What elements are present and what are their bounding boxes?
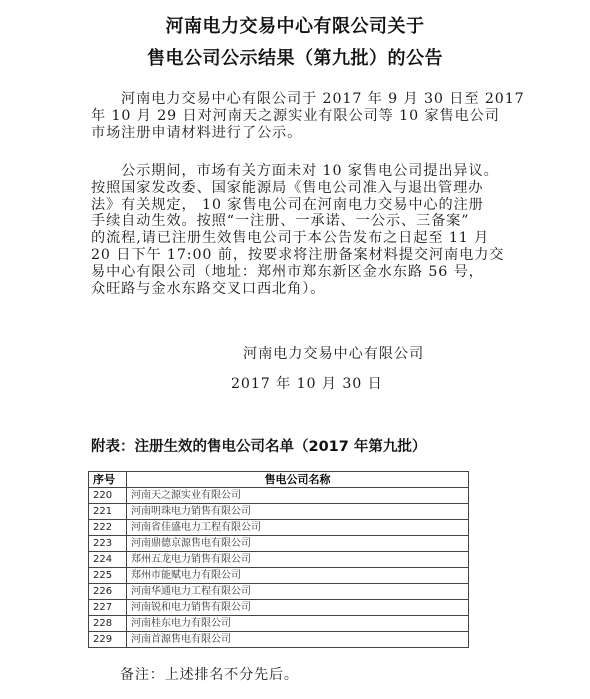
document-title-line-1: 河南电力交易中心有限公司关于 (0, 12, 590, 38)
table-row: 224 郑州五龙电力销售有限公司 (89, 552, 469, 568)
row-number: 226 (89, 584, 127, 600)
row-company-name: 河南省佳盛电力工程有限公司 (127, 520, 469, 536)
column-header-number: 序号 (89, 472, 127, 488)
table-row: 228 河南桂东电力有限公司 (89, 616, 469, 632)
row-company-name: 河南明珠电力销售有限公司 (127, 504, 469, 520)
row-company-name: 河南桂东电力有限公司 (127, 616, 469, 632)
row-number: 223 (89, 536, 127, 552)
row-number: 227 (89, 600, 127, 616)
row-number: 222 (89, 520, 127, 536)
table-row: 225 郑州市能赋电力有限公司 (89, 568, 469, 584)
row-company-name: 河南鼎德京源售电有限公司 (127, 536, 469, 552)
table-row: 222 河南省佳盛电力工程有限公司 (89, 520, 469, 536)
row-number: 228 (89, 616, 127, 632)
paragraph-publicity-period: 河南电力交易中心有限公司于 2017 年 9 月 30 日至 2017 年 10… (91, 91, 503, 141)
table-row: 226 河南华通电力工程有限公司 (89, 584, 469, 600)
row-number: 224 (89, 552, 127, 568)
table-row: 227 河南锐和电力销售有限公司 (89, 600, 469, 616)
paragraph-line: 的流程,请已注册生效售电公司于本公告发布之日起至 11 月 (91, 230, 503, 247)
paragraph-line: 年 10 月 29 日对河南天之源实业有限公司等 10 家售电公司 (91, 108, 503, 125)
table-header-row: 序号 售电公司名称 (89, 472, 469, 488)
paragraph-line: 公示期间，市场有关方面未对 10 家售电公司提出异议。 (91, 163, 503, 180)
paragraph-registration-effective: 公示期间，市场有关方面未对 10 家售电公司提出异议。 按照国家发改委、国家能源… (91, 163, 503, 297)
appendix-title: 附表：注册生效的售电公司名单（2017 年第九批） (91, 435, 426, 456)
row-company-name: 河南锐和电力销售有限公司 (127, 600, 469, 616)
paragraph-line: 易中心有限公司（地址：郑州市郑东新区金水东路 56 号， (91, 264, 503, 281)
paragraph-line: 法》有关规定， 10 家售电公司在河南电力交易中心的注册 (91, 197, 503, 214)
row-company-name: 河南首源售电有限公司 (127, 632, 469, 648)
row-number: 221 (89, 504, 127, 520)
appendix-note: 备注：上述排名不分先后。 (120, 664, 299, 684)
table-row: 229 河南首源售电有限公司 (89, 632, 469, 648)
table-row: 223 河南鼎德京源售电有限公司 (89, 536, 469, 552)
column-header-company-name: 售电公司名称 (127, 472, 469, 488)
row-company-name: 河南天之源实业有限公司 (127, 488, 469, 504)
table-row: 220 河南天之源实业有限公司 (89, 488, 469, 504)
paragraph-line: 手续自动生效。按照“一注册、一承诺、一公示、三备案” (91, 213, 503, 230)
row-number: 229 (89, 632, 127, 648)
paragraph-line: 按照国家发改委、国家能源局《售电公司准入与退出管理办 (91, 180, 503, 197)
company-list-table: 序号 售电公司名称 220 河南天之源实业有限公司 221 河南明珠电力销售有限… (88, 471, 469, 648)
signature-organization: 河南电力交易中心有限公司 (243, 343, 424, 363)
paragraph-line: 市场注册申请材料进行了公示。 (91, 125, 503, 142)
signature-date: 2017 年 10 月 30 日 (231, 373, 383, 393)
row-number: 225 (89, 568, 127, 584)
row-company-name: 郑州五龙电力销售有限公司 (127, 552, 469, 568)
table-row: 221 河南明珠电力销售有限公司 (89, 504, 469, 520)
paragraph-line: 河南电力交易中心有限公司于 2017 年 9 月 30 日至 2017 (91, 91, 503, 108)
document-title-line-2: 售电公司公示结果（第九批）的公告 (0, 44, 590, 70)
paragraph-line: 20 日下午 17:00 前，按要求将注册备案材料提交河南电力交 (91, 247, 503, 264)
row-number: 220 (89, 488, 127, 504)
row-company-name: 河南华通电力工程有限公司 (127, 584, 469, 600)
paragraph-line: 众旺路与金水东路交叉口西北角）。 (91, 281, 503, 298)
row-company-name: 郑州市能赋电力有限公司 (127, 568, 469, 584)
